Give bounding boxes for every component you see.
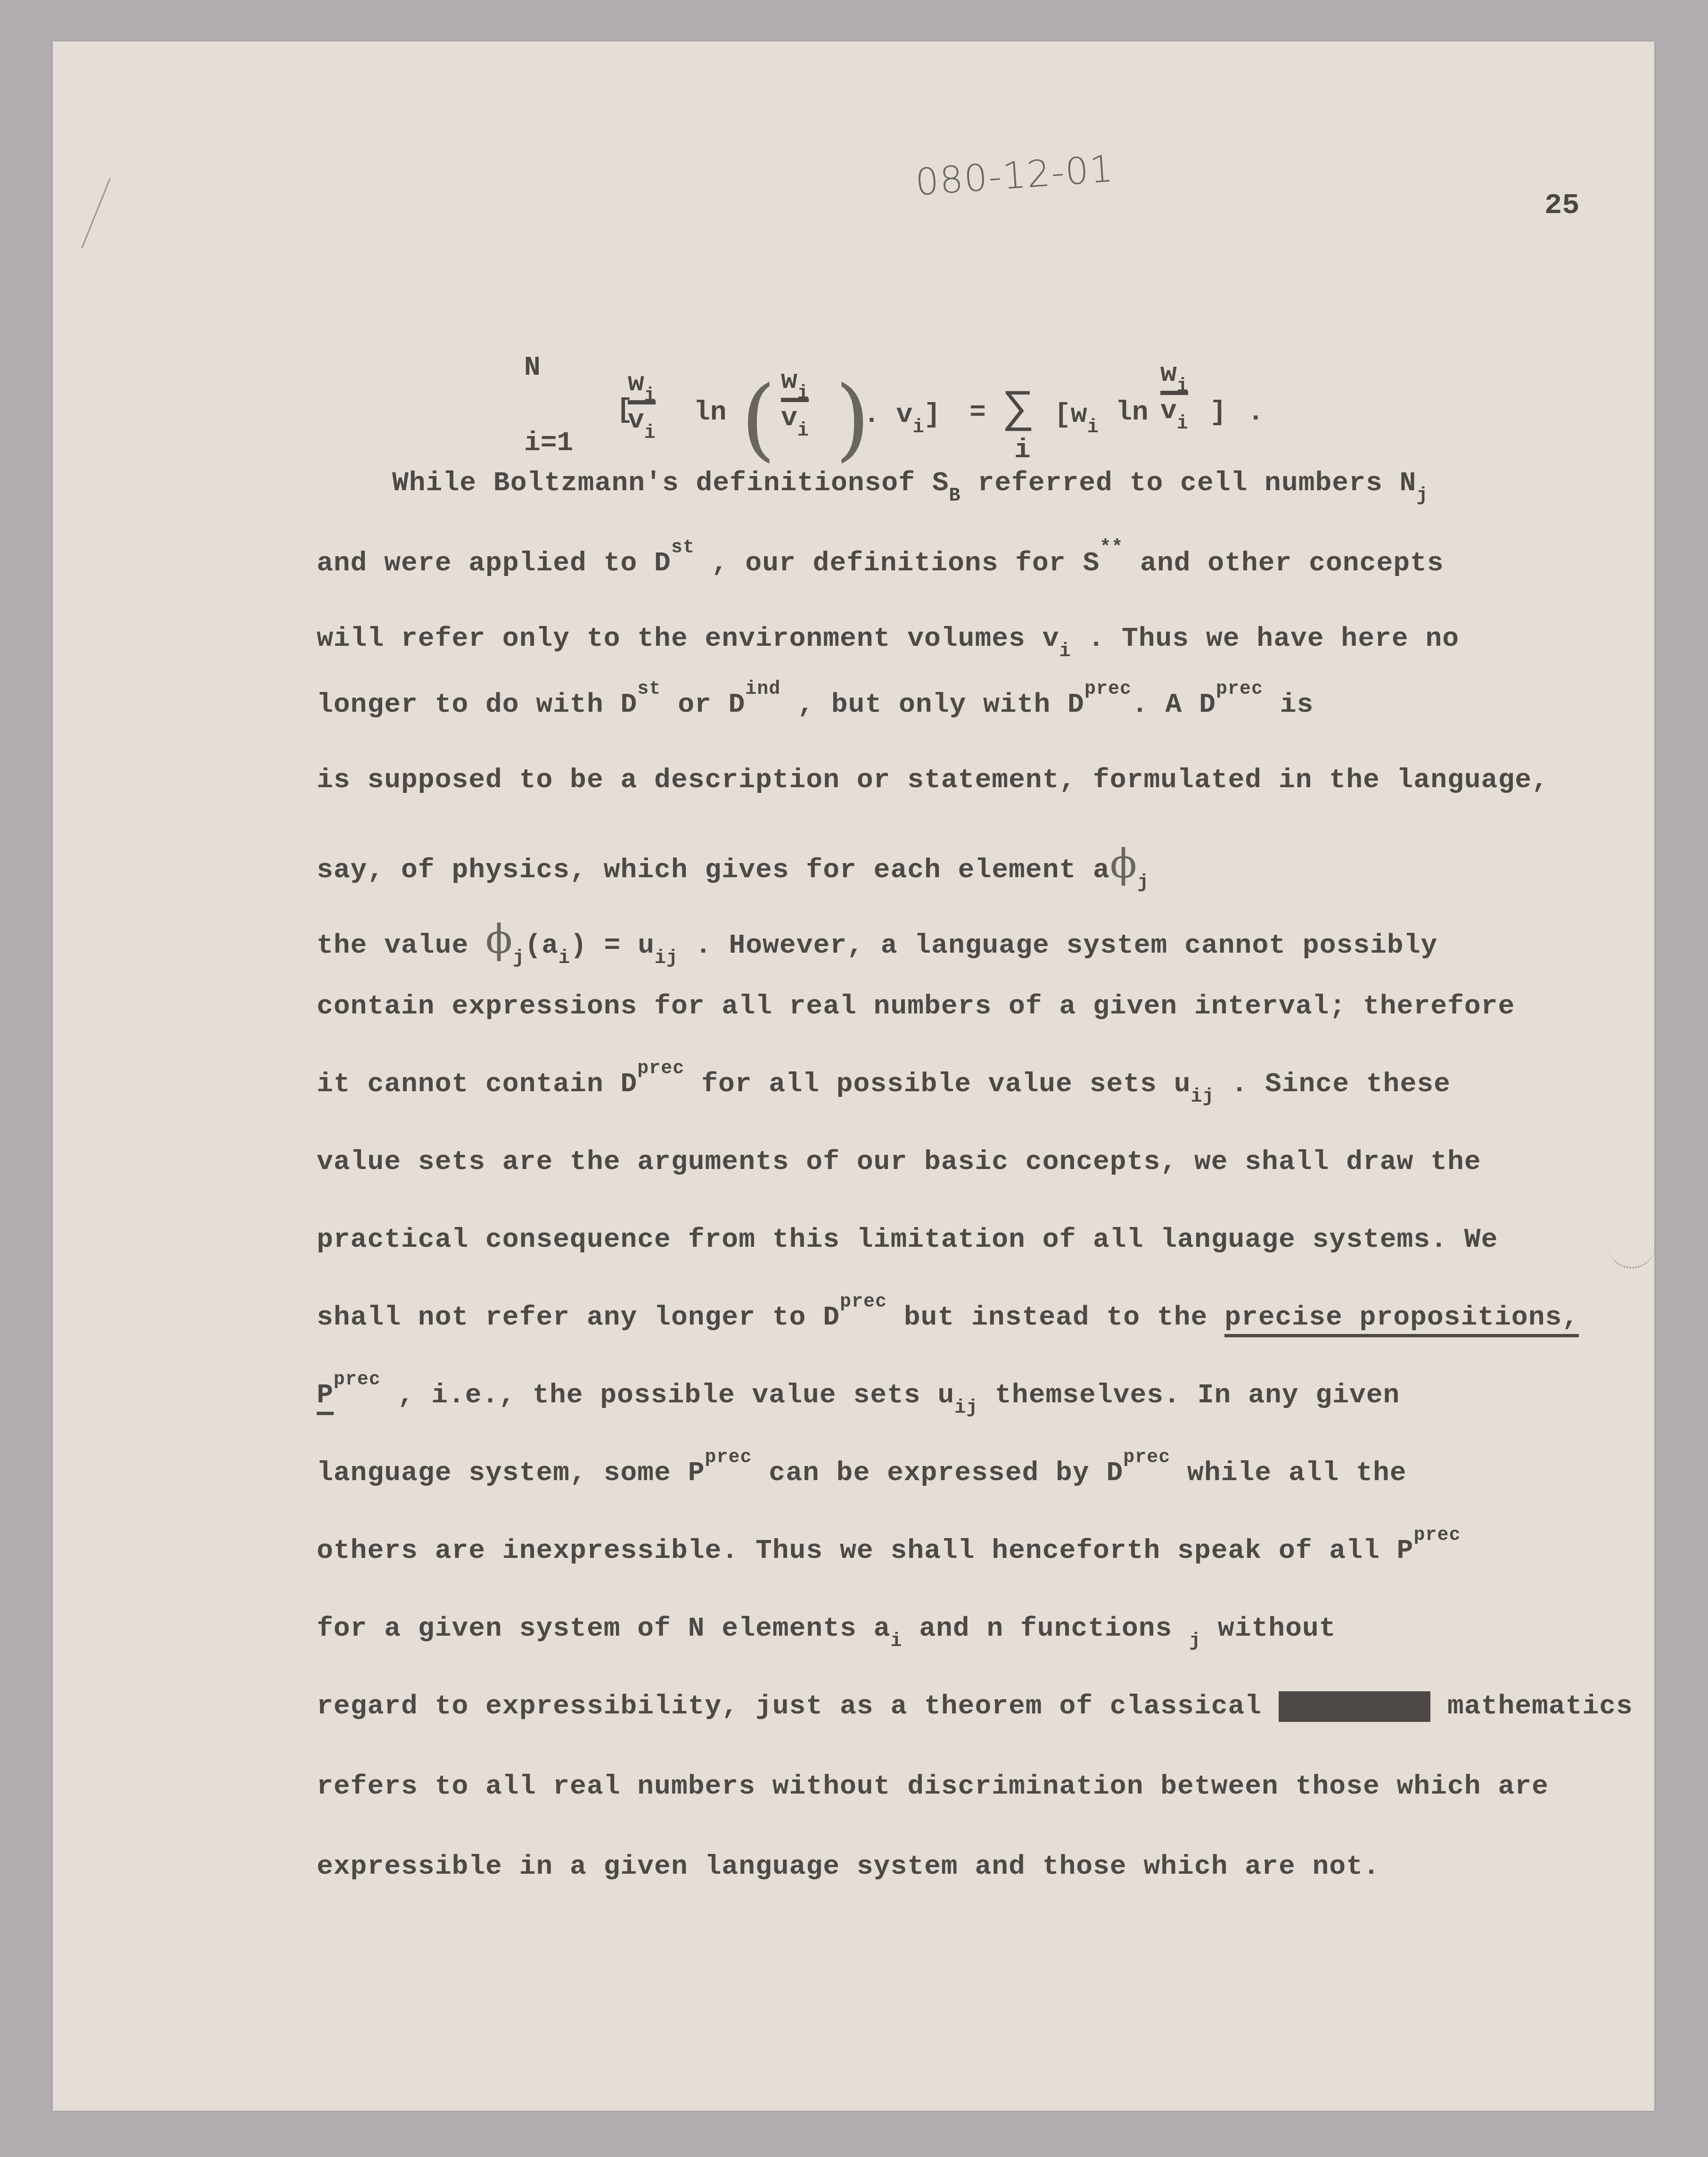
- fraction-w-over-v: wi vi: [628, 369, 656, 436]
- text-line: is supposed to be a description or state…: [317, 765, 1549, 796]
- text-line: value sets are the arguments of our basi…: [317, 1147, 1481, 1177]
- left-paren: (: [741, 367, 776, 471]
- text-line: for a given system of N elements ai and …: [317, 1614, 1336, 1644]
- archive-id-handwritten: 080-12-01: [914, 148, 1115, 204]
- text-line: refers to all real numbers without discr…: [317, 1771, 1549, 1802]
- text-line: will refer only to the environment volum…: [317, 624, 1459, 654]
- ln-label: ln: [694, 397, 727, 428]
- paper-stain: [1608, 1239, 1655, 1268]
- underlined-term: P: [317, 1380, 334, 1415]
- text-line: While Boltzmann's definitionsof SB refer…: [392, 468, 1428, 499]
- text-line: practical consequence from this limitati…: [317, 1225, 1498, 1255]
- phi-symbol-handwritten: ϕ: [1110, 840, 1137, 887]
- text-line: expressible in a given language system a…: [317, 1852, 1380, 1882]
- fraction-w-over-v-2: wi vi: [781, 367, 809, 433]
- rhs-w-term: [wi: [1054, 400, 1099, 430]
- text-line: others are inexpressible. Thus we shall …: [317, 1536, 1461, 1566]
- page-number: 25: [1544, 189, 1579, 222]
- text-line: it cannot contain Dprec for all possible…: [317, 1069, 1451, 1100]
- text-line: regard to expressibility, just as a theo…: [317, 1691, 1633, 1722]
- document-page: 080-12-01 25 N i=1 [ wi vi ln ( wi vi ) …: [53, 41, 1654, 2111]
- text-line: the value ϕj(ai) = uij . However, a lang…: [317, 916, 1437, 962]
- text-line: longer to do with Dst or Dind , but only…: [317, 690, 1314, 720]
- text-line: and were applied to Dst , our definition…: [317, 548, 1444, 579]
- text-line: language system, some Pprec can be expre…: [317, 1458, 1407, 1489]
- sum-upper-limit: N: [524, 353, 541, 383]
- text-line: shall not refer any longer to Dprec but …: [317, 1302, 1579, 1333]
- rhs-close-bracket: ]: [1210, 397, 1226, 428]
- text-line: say, of physics, which gives for each el…: [317, 840, 1149, 887]
- fraction-w-over-v-3: wi vi: [1160, 360, 1188, 426]
- sigma-lower-index: i: [1014, 435, 1031, 466]
- underlined-term: precise propositions,: [1224, 1302, 1579, 1337]
- entropy-formula: N i=1 [ wi vi ln ( wi vi ) . vi] = ∑ i […: [524, 353, 1325, 461]
- formula-end-dot: .: [1248, 397, 1264, 428]
- text-line: Pprec , i.e., the possible value sets ui…: [317, 1380, 1400, 1411]
- pencil-mark: [81, 178, 111, 248]
- phi-symbol-handwritten: ϕ: [485, 916, 513, 962]
- ln-label-2: ln: [1116, 397, 1149, 428]
- struck-out-word: mechanism: [1279, 1691, 1430, 1722]
- sigma-symbol: ∑: [1005, 383, 1032, 435]
- text-line: contain expressions for all real numbers…: [317, 991, 1515, 1022]
- sum-lower-limit: i=1: [524, 428, 573, 459]
- times-v: . vi]: [863, 400, 940, 430]
- equals-sign: =: [969, 397, 986, 428]
